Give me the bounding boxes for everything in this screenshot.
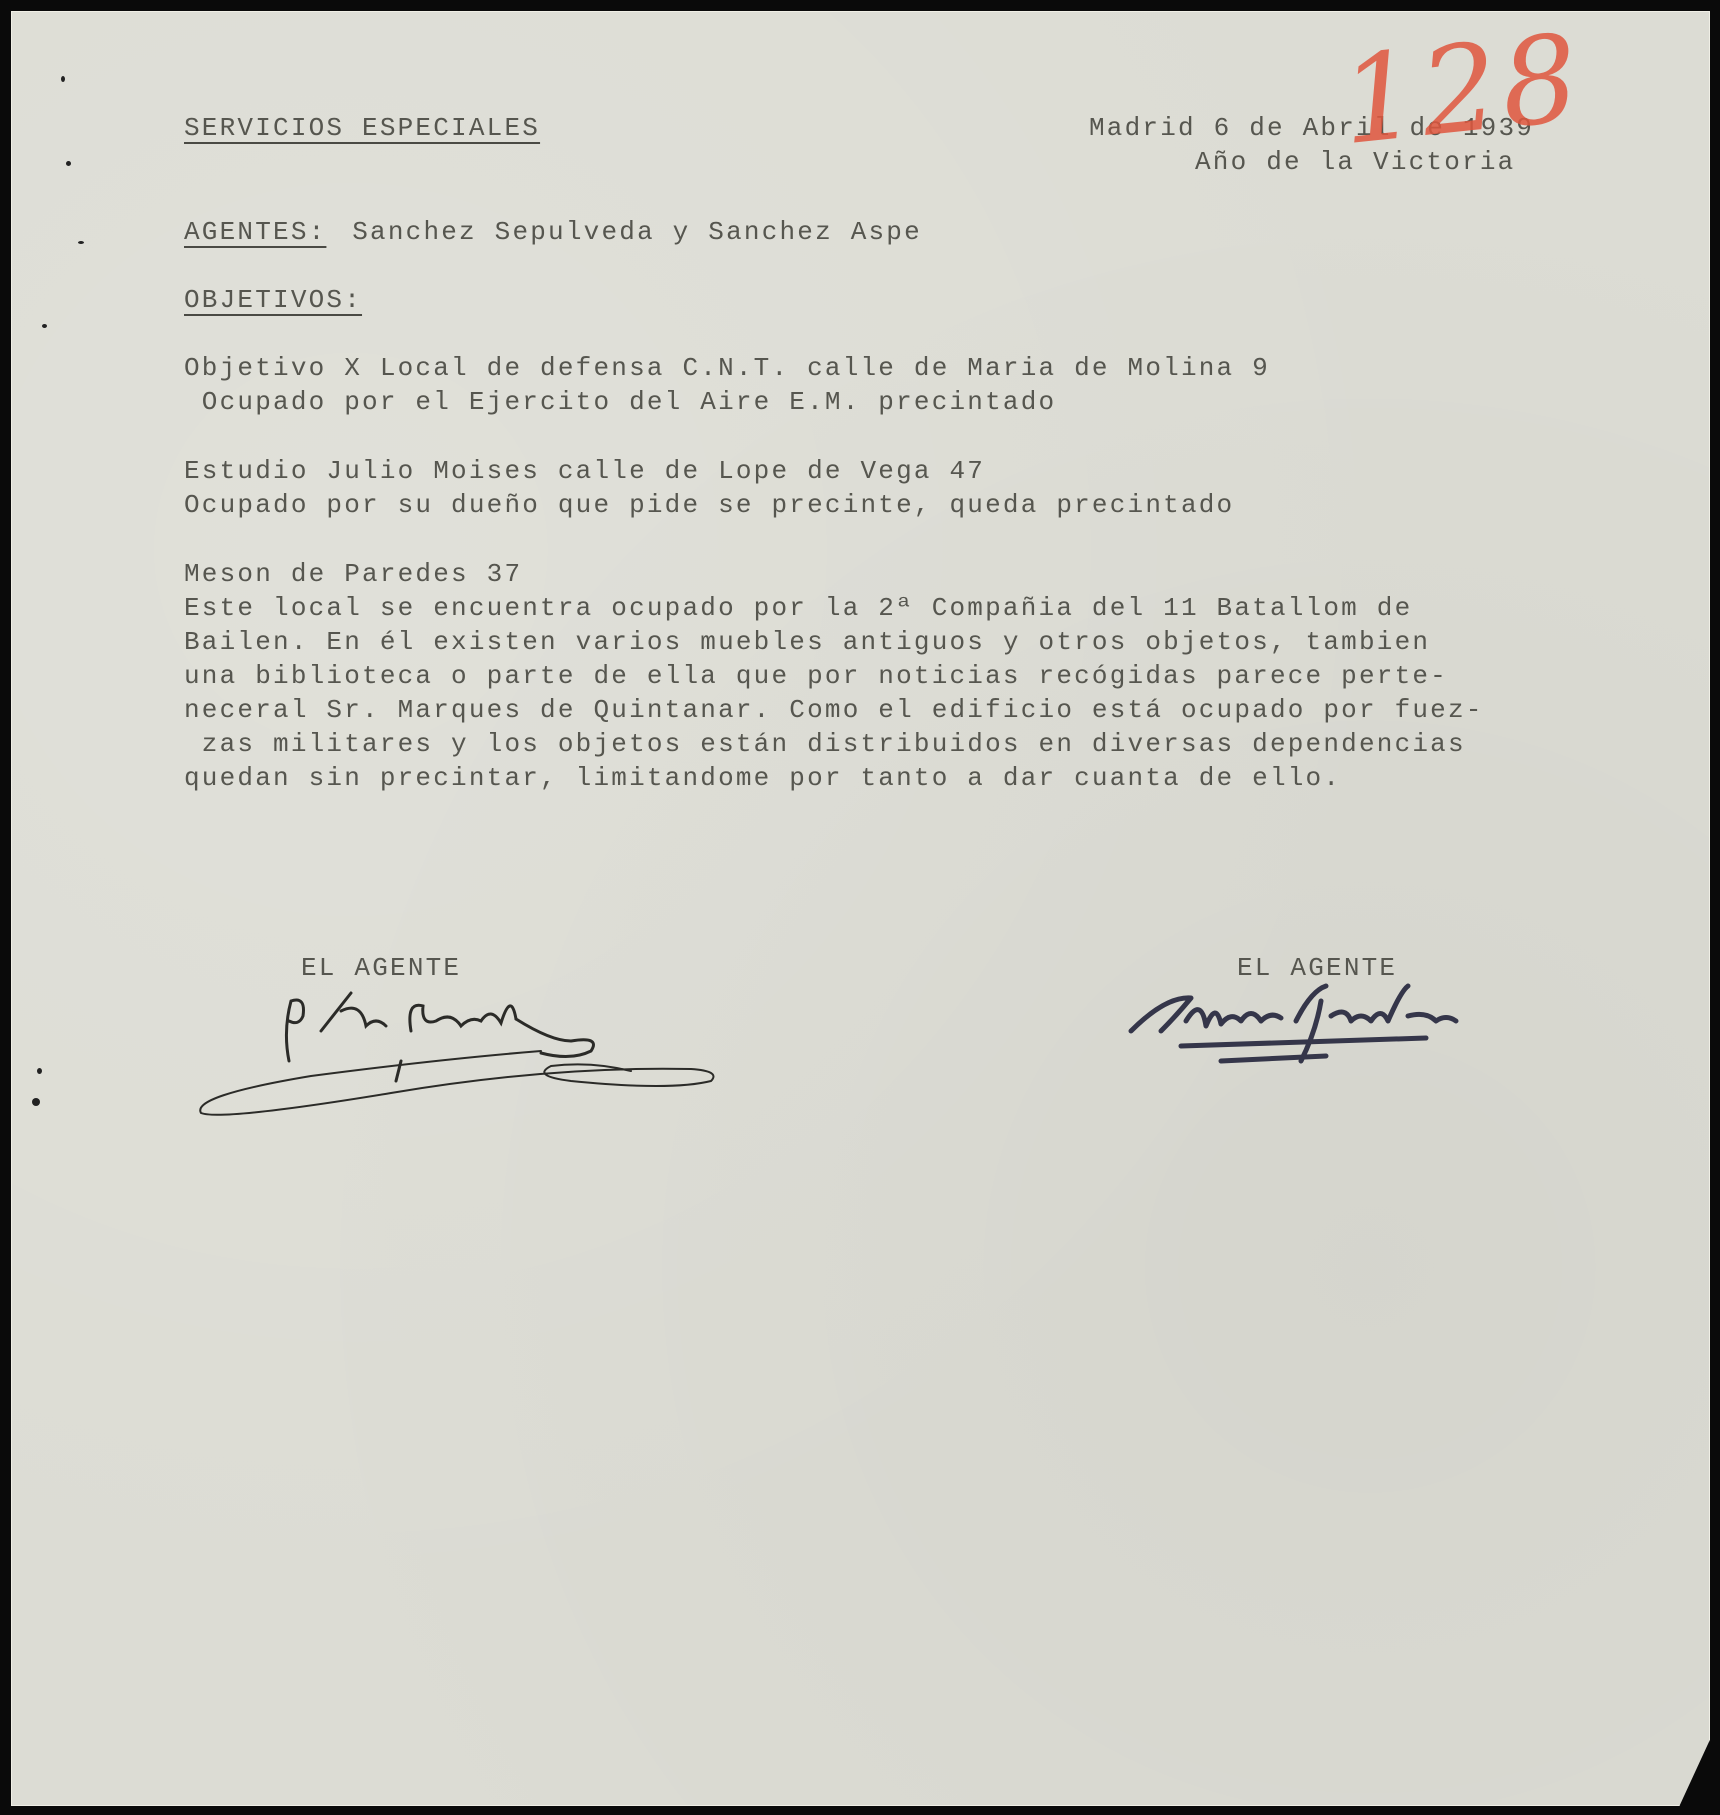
agents-names: Sanchez Sepulveda y Sanchez Aspe <box>352 217 922 247</box>
agents-line: AGENTES: Sanchez Sepulveda y Sanchez Asp… <box>184 215 922 249</box>
objective-line: Estudio Julio Moises calle de Lope de Ve… <box>184 454 985 488</box>
folio-number-red-pencil: 128 <box>1334 9 1588 172</box>
objective-line: una biblioteca o parte de ella que por n… <box>184 659 1448 693</box>
objective-line: Este local se encuentra ocupado por la 2… <box>184 591 1412 625</box>
right-stamped-signature <box>1126 976 1506 1066</box>
margin-speck <box>42 324 47 328</box>
left-handwritten-signature <box>191 971 731 1121</box>
objective-line: Bailen. En él existen varios muebles ant… <box>184 625 1430 659</box>
objective-line: neceral Sr. Marques de Quintanar. Como e… <box>184 693 1484 727</box>
objective-line: Objetivo X Local de defensa C.N.T. calle… <box>184 351 1270 385</box>
margin-speck <box>78 241 84 244</box>
objective-line: Ocupado por su dueño que pide se precint… <box>184 488 1234 522</box>
agents-label: AGENTES: <box>184 217 326 247</box>
objectives-label: OBJETIVOS: <box>184 283 362 317</box>
margin-speck <box>32 1098 40 1106</box>
margin-speck <box>66 161 71 166</box>
margin-speck <box>37 1068 42 1074</box>
objective-line: Ocupado por el Ejercito del Aire E.M. pr… <box>184 385 1056 419</box>
objective-line: zas militares y los objetos están distri… <box>184 727 1466 761</box>
objective-line: quedan sin precintar, limitandome por ta… <box>184 761 1341 795</box>
document-page: SERVICIOS ESPECIALES Madrid 6 de Abril d… <box>11 11 1710 1806</box>
margin-speck <box>61 76 65 82</box>
department-heading: SERVICIOS ESPECIALES <box>184 111 540 145</box>
objective-line: Meson de Paredes 37 <box>184 557 522 591</box>
